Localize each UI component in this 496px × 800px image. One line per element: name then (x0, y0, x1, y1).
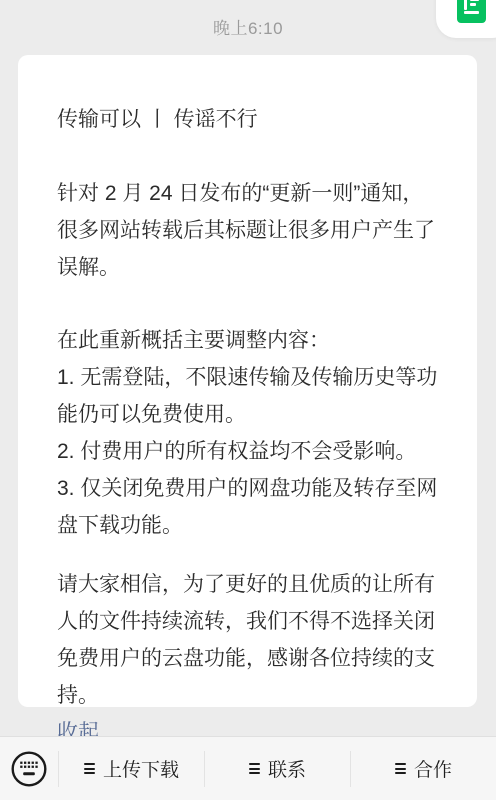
menu-cooperation[interactable]: 合作 (351, 737, 496, 800)
status-bar-time: 晚上6:10 (0, 14, 496, 39)
keyboard-icon (10, 750, 48, 788)
transfer-app-icon[interactable] (457, 0, 486, 23)
keyboard-toggle-button[interactable] (0, 737, 58, 800)
article-paragraph: 针对 2 月 24 日发布的“更新一则”通知，很多网站转载后其标题让很多用户产生… (57, 175, 440, 286)
article-paragraph: 在此重新概括主要调整内容： 1. 无需登陆，不限速传输及传输历史等功能仍可以免费… (57, 322, 440, 544)
submenu-lines-icon (249, 763, 260, 774)
submenu-lines-icon (84, 763, 95, 774)
submenu-lines-icon (395, 763, 406, 774)
floating-app-bubble[interactable] (436, 0, 496, 38)
menu-label: 联系 (268, 755, 306, 782)
phone-screen: 晚上6:10 传输可以 丨 传谣不行 针对 2 月 24 日发布的“更新一则”通… (0, 0, 496, 800)
icon-mark (464, 0, 467, 10)
menu-label: 上传下载 (103, 755, 179, 782)
article-paragraph: 请大家相信，为了更好的且优质的让所有人的文件持续流转，我们不得不选择关闭免费用户… (57, 566, 440, 714)
icon-mark (464, 11, 479, 14)
menu-contact[interactable]: 联系 (205, 737, 350, 800)
article-card: 传输可以 丨 传谣不行 针对 2 月 24 日发布的“更新一则”通知，很多网站转… (18, 55, 477, 707)
bottom-toolbar: 上传下载 联系 合作 (0, 736, 496, 800)
icon-mark (470, 0, 479, 1)
menu-label: 合作 (414, 755, 452, 782)
article-title: 传输可以 丨 传谣不行 (57, 101, 440, 138)
icon-mark (470, 3, 476, 6)
menu-upload-download[interactable]: 上传下载 (59, 737, 204, 800)
